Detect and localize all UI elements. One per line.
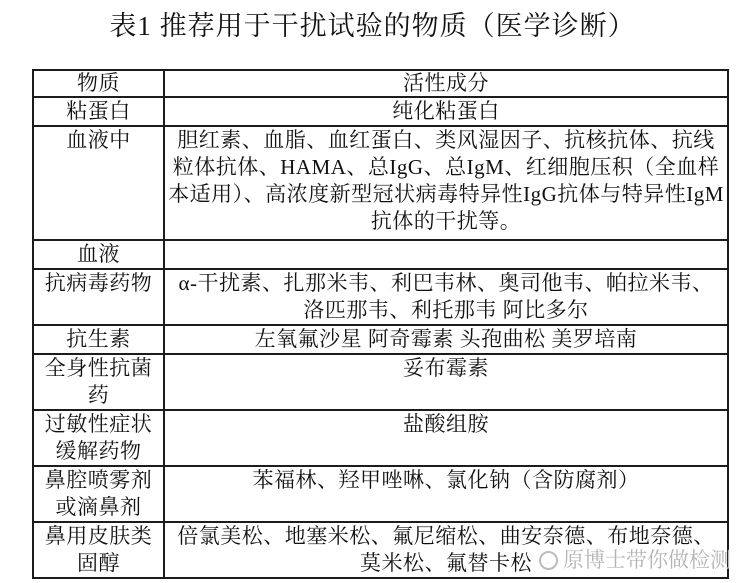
substance-cell: 鼻腔喷雾剂或滴鼻剂 [33, 466, 164, 522]
table-row: 抗生素左氧氟沙星 阿奇霉素 头孢曲松 美罗培南 [33, 325, 728, 354]
table-row: 抗病毒药物α-干扰素、扎那米韦、利巴韦林、奥司他韦、帕拉米韦、洛匹那韦、利托那韦… [33, 269, 728, 325]
substance-cell: 过敏性症状缓解药物 [33, 410, 164, 466]
components-cell: 妥布霉素 [164, 354, 728, 410]
table-container: 物质 活性成分 粘蛋白纯化粘蛋白血液中胆红素、血脂、血红蛋白、类风湿因子、抗核抗… [32, 69, 727, 579]
components-cell: α-干扰素、扎那米韦、利巴韦林、奥司他韦、帕拉米韦、洛匹那韦、利托那韦 阿比多尔 [164, 269, 728, 325]
table-row: 过敏性症状缓解药物盐酸组胺 [33, 410, 728, 466]
table-row: 血液 [33, 240, 728, 269]
interference-substances-table: 物质 活性成分 粘蛋白纯化粘蛋白血液中胆红素、血脂、血红蛋白、类风湿因子、抗核抗… [32, 69, 729, 579]
substance-cell: 抗病毒药物 [33, 269, 164, 325]
components-cell: 纯化粘蛋白 [164, 97, 728, 126]
watermark: 原博士带你做检测 [539, 549, 731, 571]
components-cell: 左氧氟沙星 阿奇霉素 头孢曲松 美罗培南 [164, 325, 728, 354]
substance-cell: 血液 [33, 240, 164, 269]
components-cell [164, 240, 728, 269]
substance-cell: 血液中 [33, 126, 164, 240]
table-row: 全身性抗菌药妥布霉素 [33, 354, 728, 410]
components-cell: 苯福林、羟甲唑啉、氯化钠（含防腐剂） [164, 466, 728, 522]
table-row: 血液中胆红素、血脂、血红蛋白、类风湿因子、抗核抗体、抗线粒体抗体、HAMA、总I… [33, 126, 728, 240]
table-body: 粘蛋白纯化粘蛋白血液中胆红素、血脂、血红蛋白、类风湿因子、抗核抗体、抗线粒体抗体… [33, 97, 728, 578]
substance-cell: 粘蛋白 [33, 97, 164, 126]
column-header-active-components: 活性成分 [164, 70, 728, 97]
substance-cell: 全身性抗菌药 [33, 354, 164, 410]
document-page: 表1 推荐用于干扰试验的物质（医学诊断） 物质 活性成分 粘蛋白纯化粘蛋白血液中… [0, 0, 745, 583]
table-row: 粘蛋白纯化粘蛋白 [33, 97, 728, 126]
watermark-circle-avatar-icon [539, 551, 558, 570]
watermark-text: 原博士带你做检测 [563, 549, 731, 571]
substance-cell: 抗生素 [33, 325, 164, 354]
column-header-substance: 物质 [33, 70, 164, 97]
table-title: 表1 推荐用于干扰试验的物质（医学诊断） [0, 8, 745, 44]
substance-cell: 鼻用皮肤类固醇 [33, 522, 164, 578]
components-cell: 胆红素、血脂、血红蛋白、类风湿因子、抗核抗体、抗线粒体抗体、HAMA、总IgG、… [164, 126, 728, 240]
table-row: 鼻腔喷雾剂或滴鼻剂苯福林、羟甲唑啉、氯化钠（含防腐剂） [33, 466, 728, 522]
components-cell: 盐酸组胺 [164, 410, 728, 466]
header-row: 物质 活性成分 [33, 70, 728, 97]
